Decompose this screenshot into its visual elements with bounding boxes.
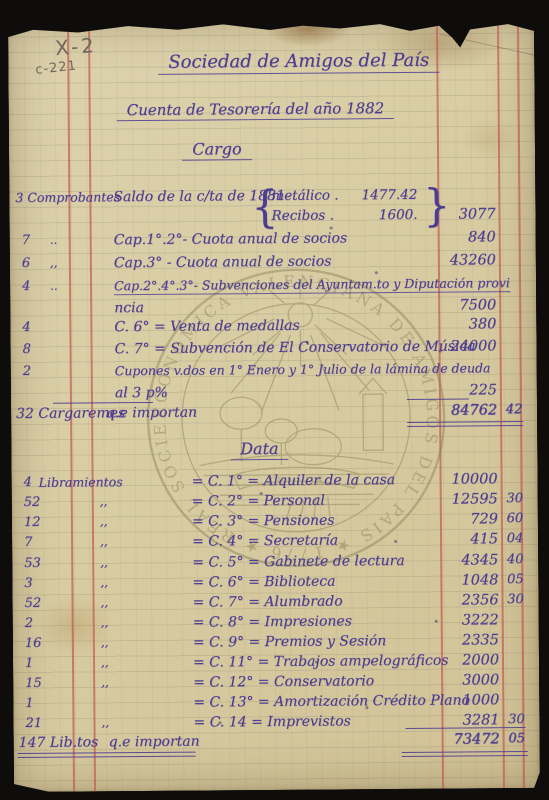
row-amount: 2335 bbox=[401, 632, 499, 649]
row-label: = C. 5° = Gabinete de lectura bbox=[192, 553, 405, 571]
row-ditto: ,, bbox=[100, 555, 108, 569]
paper-sheet: TELLUS ECONOMICA VALENCIANA DE AMIGOS DE… bbox=[8, 17, 540, 792]
row-amount: 1048 bbox=[400, 572, 498, 589]
cargo-row: 4 .. Cap.2°.4°.3°- Subvenciones del Ayun… bbox=[10, 275, 536, 299]
row-ditto: ,, bbox=[100, 494, 108, 508]
row-ditto: ,, bbox=[100, 514, 108, 528]
row-count: 6 bbox=[22, 256, 30, 271]
row-unit-label: Libramientos bbox=[39, 474, 123, 490]
row-label: = C. 1° = Alquiler de la casa bbox=[192, 472, 396, 490]
row-count: 3 bbox=[24, 576, 32, 591]
row-label-continuation: ncia bbox=[114, 300, 144, 316]
row-cents: 30 bbox=[502, 491, 528, 506]
row-ditto: ,, bbox=[101, 615, 109, 629]
row-label: Cap.2°.4°.3°- Subvenciones del Ayuntam.t… bbox=[114, 275, 510, 295]
row-cents: 40 bbox=[502, 552, 528, 567]
row-count: 8 bbox=[23, 342, 31, 357]
row-label: = C. 2° = Personal bbox=[192, 493, 325, 510]
row-count: 15 bbox=[25, 676, 42, 691]
row-amount: 840 bbox=[398, 229, 496, 246]
ink-speck bbox=[365, 706, 368, 709]
ink-speck bbox=[439, 350, 442, 353]
row-label: = C. 9° = Premios y Sesión bbox=[193, 633, 387, 651]
row-count: 4 bbox=[24, 475, 32, 490]
row-amount: 2000 bbox=[401, 652, 499, 669]
data-total-cents: 05 bbox=[504, 731, 530, 746]
row-amount: 4345 bbox=[400, 552, 498, 569]
cargo-row: 2 Cupones v.dos en 1° Enero y 1° Julio d… bbox=[11, 360, 537, 384]
section-heading-data: Data bbox=[230, 439, 289, 460]
row-amount: 24000 bbox=[398, 338, 496, 355]
row-count: 7 bbox=[22, 233, 30, 248]
cargo-row: 7 .. Cap.1°.2°- Cuota anual de socios 84… bbox=[10, 229, 536, 253]
row-amount: 225 bbox=[399, 382, 497, 399]
cargo-total-amount: 84762 bbox=[399, 402, 497, 419]
row-cents: 60 bbox=[502, 511, 528, 526]
row-amount: 12595 bbox=[400, 491, 498, 508]
row-count: 4 bbox=[22, 279, 30, 294]
data-total-label: q.e importan bbox=[109, 734, 200, 751]
total-amount-underline-2 bbox=[402, 755, 528, 757]
cargo-row: 4 C. 6° = Venta de medallas 380 bbox=[10, 316, 536, 340]
row-amount: 2356 bbox=[400, 592, 498, 609]
opening-item2-label: Recibos . bbox=[271, 208, 333, 224]
page-title: Sociedad de Amigos del País bbox=[158, 50, 439, 75]
row-label: Cupones v.dos en 1° Enero y 1° Julio de … bbox=[115, 360, 491, 378]
ink-speck bbox=[394, 540, 397, 543]
row-amount: 380 bbox=[398, 316, 496, 333]
ink-speck bbox=[218, 721, 221, 724]
row-cents: 05 bbox=[502, 572, 528, 587]
ink-speck bbox=[315, 661, 318, 664]
cargo-row: 8 C. 7° = Subvención de El Conservatorio… bbox=[11, 338, 537, 362]
row-count: 53 bbox=[24, 556, 41, 571]
row-label: = C. 8° = Impresiones bbox=[193, 613, 352, 630]
row-label: = C. 4° = Secretaría bbox=[192, 533, 338, 550]
ink-speck bbox=[375, 271, 378, 274]
row-ditto: ,, bbox=[101, 675, 109, 689]
ink-speck bbox=[435, 620, 438, 623]
row-ditto: ,, bbox=[101, 715, 109, 729]
data-total-amount: 73472 bbox=[402, 731, 500, 748]
opening-item1-value: 1477.42 bbox=[329, 187, 417, 204]
scanned-ledger-page: TELLUS ECONOMICA VALENCIANA DE AMIGOS DE… bbox=[0, 0, 549, 800]
archival-code-primary: X-2 bbox=[54, 33, 97, 60]
row-amount: 10000 bbox=[400, 471, 498, 488]
total-underline-2 bbox=[407, 425, 523, 427]
row-cents: 30 bbox=[503, 712, 529, 727]
row-ditto: .. bbox=[50, 233, 58, 247]
page-subtitle: Cuenta de Tesorería del año 1882 bbox=[117, 99, 395, 121]
row-amount: 3000 bbox=[401, 672, 499, 689]
row-label: = C. 3° = Pensiones bbox=[192, 513, 335, 530]
row-label: = C. 6° = Biblioteca bbox=[192, 574, 335, 591]
total-margin-underline-2 bbox=[18, 756, 196, 758]
row-amount: 415 bbox=[400, 531, 498, 548]
opening-amount: 3077 bbox=[397, 206, 495, 223]
data-total-count: 147 Lib.tos bbox=[19, 734, 99, 751]
cargo-total-cents: 42 bbox=[501, 402, 527, 417]
row-amount: 729 bbox=[400, 511, 498, 528]
cargo-opening-row-2: Recibos . 1600. 3077 bbox=[9, 206, 535, 230]
row-count: 52 bbox=[24, 495, 41, 510]
row-count: 7 bbox=[24, 535, 32, 550]
row-count: 1 bbox=[25, 656, 33, 671]
row-cents: 04 bbox=[502, 531, 528, 546]
ink-speck bbox=[306, 341, 309, 344]
section-heading-cargo: Cargo bbox=[182, 139, 251, 161]
row-label-continuation: al 3 p% bbox=[115, 385, 168, 401]
row-count: 1 bbox=[25, 696, 33, 711]
total-amount-underline-1 bbox=[402, 751, 528, 753]
total-underline-1 bbox=[407, 421, 523, 423]
cargo-row: 6 ,, Cap.3° - Cuota anual de socios 4326… bbox=[10, 252, 536, 276]
row-label: = C. 12° = Conservatorio bbox=[193, 673, 374, 690]
row-count: 52 bbox=[24, 596, 41, 611]
row-amount: 1000 bbox=[401, 692, 499, 709]
row-ditto: ,, bbox=[50, 256, 58, 270]
row-label: = C. 14 = Imprevistos bbox=[193, 713, 350, 730]
row-ditto: ,, bbox=[100, 575, 108, 589]
row-amount: 3222 bbox=[401, 612, 499, 629]
row-cents: 30 bbox=[502, 592, 528, 607]
row-count: 2 bbox=[23, 364, 31, 379]
archival-code-secondary: c-221 bbox=[35, 58, 78, 78]
row-ditto: ,, bbox=[101, 635, 109, 649]
row-amount: 7500 bbox=[398, 297, 496, 314]
voucher-count: 3 Comprobantes bbox=[15, 189, 120, 205]
row-ditto: .. bbox=[50, 279, 58, 293]
row-count: 16 bbox=[25, 636, 42, 651]
row-count: 2 bbox=[25, 616, 33, 631]
row-label: Cap.1°.2°- Cuota anual de socios bbox=[114, 230, 348, 248]
row-label: C. 6° = Venta de medallas bbox=[114, 318, 299, 335]
row-count: 4 bbox=[22, 320, 30, 335]
row-ditto: ,, bbox=[101, 655, 109, 669]
ink-speck bbox=[260, 492, 263, 495]
row-ditto: ,, bbox=[100, 534, 108, 548]
ink-speck bbox=[330, 227, 333, 230]
data-row: 7 ,, = C. 4° = Secretaría 415 04 bbox=[12, 531, 538, 555]
row-ditto: ,, bbox=[100, 595, 108, 609]
cargo-total-label: q.e importan bbox=[106, 405, 197, 422]
row-label: = C. 7° = Alumbrado bbox=[192, 593, 342, 610]
paper-crease bbox=[440, 34, 542, 58]
row-count: 21 bbox=[25, 716, 42, 731]
row-count: 12 bbox=[24, 515, 41, 530]
row-amount: 43260 bbox=[398, 252, 496, 269]
row-label: Cap.3° - Cuota anual de socios bbox=[114, 254, 332, 272]
